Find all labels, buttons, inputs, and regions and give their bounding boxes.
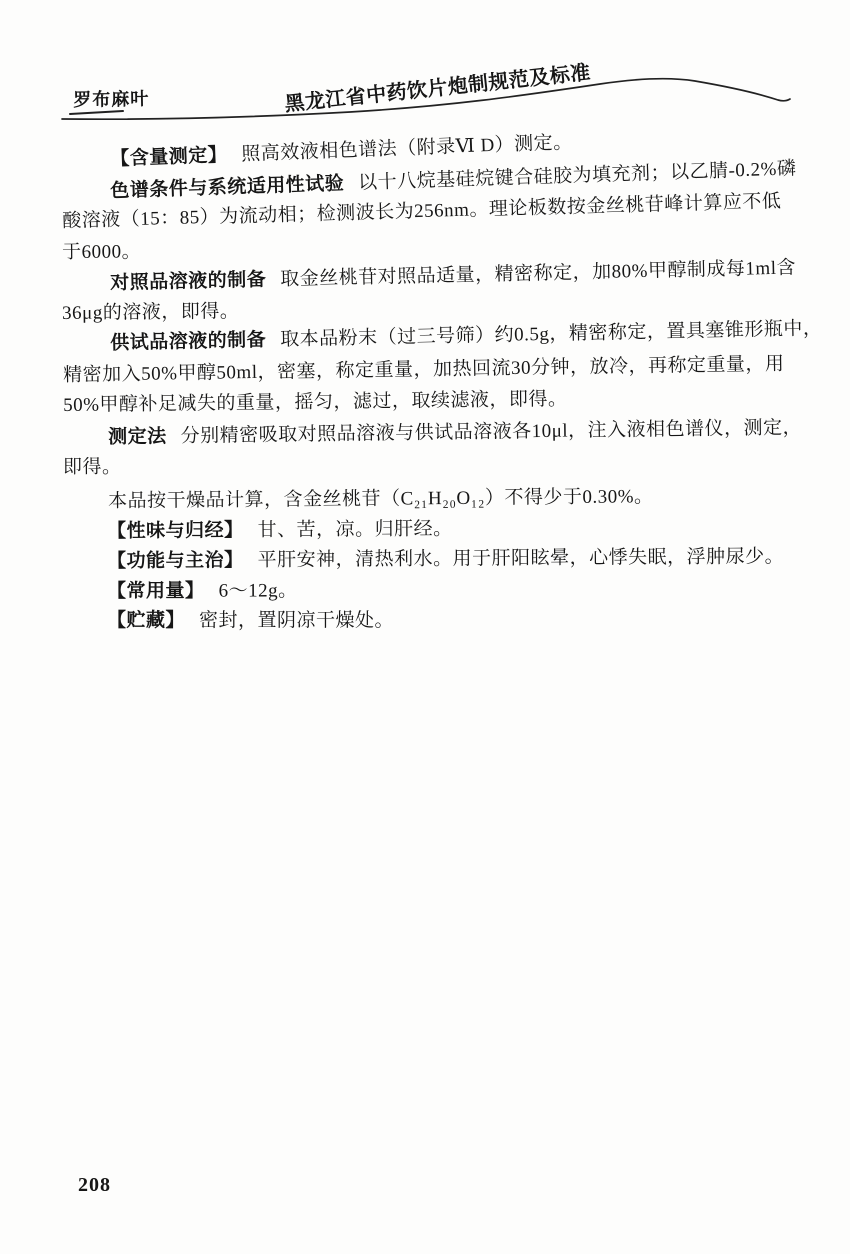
text-line: 【常用量】6～12g。 xyxy=(107,580,298,603)
line-label: 【常用量】 xyxy=(107,581,205,602)
line-label: 对照品溶液的制备 xyxy=(110,269,266,294)
text-line: 【性味与归经】甘、苦，凉。归肝经。 xyxy=(107,519,453,543)
line-text: 精密加入50%甲醇50ml，密塞，称定重量，加热回流30分钟，放冷，再称定重量，… xyxy=(63,354,785,386)
line-text: 6～12g。 xyxy=(219,580,298,601)
text-line: 【功能与主治】平肝安神，清热利水。用于肝阳眩晕，心悸失眠，浮肿尿少。 xyxy=(107,546,784,573)
line-text: 于6000。 xyxy=(62,241,141,263)
text-line: 即得。 xyxy=(63,457,122,479)
line-label: 【性味与归经】 xyxy=(107,520,244,542)
line-text: 50%甲醇补足减失的重量，摇匀，滤过，取续滤液，即得。 xyxy=(63,389,568,416)
scanned-page: 罗布麻叶 黑龙江省中药饮片炮制规范及标准 【含量测定】照高效液相色谱法（附录Ⅵ … xyxy=(0,0,850,1254)
book-title: 黑龙江省中药饮片炮制规范及标准 xyxy=(283,56,592,117)
line-text: 即得。 xyxy=(63,457,122,478)
line-label: 测定法 xyxy=(108,426,167,448)
line-text: 密封，置阴凉干燥处。 xyxy=(199,610,394,631)
text-line: 于6000。 xyxy=(62,241,141,264)
page-number: 208 xyxy=(78,1174,111,1197)
line-label: 【贮藏】 xyxy=(107,610,185,631)
text-line: 【贮藏】密封，置阴凉干燥处。 xyxy=(107,610,394,632)
text-line: 36μg的溶液，即得。 xyxy=(62,301,239,325)
text-line: 【含量测定】照高效液相色谱法（附录Ⅵ D）测定。 xyxy=(110,132,573,171)
line-text: 36μg的溶液，即得。 xyxy=(62,301,239,324)
line-text: 取本品粉末（过三号筛）约0.5g，精密称定，置具塞锥形瓶中， xyxy=(280,318,823,350)
line-label: 【含量测定】 xyxy=(110,145,228,170)
text-line: 供试品溶液的制备取本品粉末（过三号筛）约0.5g，精密称定，置具塞锥形瓶中， xyxy=(110,318,823,355)
line-text: 本品按干燥品计算，含金丝桃苷（C₂₁H₂₀O₁₂）不得少于0.30%。 xyxy=(108,486,654,512)
text-line: 本品按干燥品计算，含金丝桃苷（C₂₁H₂₀O₁₂）不得少于0.30%。 xyxy=(108,486,654,513)
line-text: 照高效液相色谱法（附录Ⅵ D）测定。 xyxy=(241,132,573,165)
line-text: 分别精密吸取对照品溶液与供试品溶液各10μl，注入液相色谱仪，测定， xyxy=(181,417,803,447)
entry-title: 罗布麻叶 xyxy=(73,85,149,112)
line-text: 平肝安神，清热利水。用于肝阳眩晕，心悸失眠，浮肿尿少。 xyxy=(258,546,785,571)
text-line: 测定法分别精密吸取对照品溶液与供试品溶液各10μl，注入液相色谱仪，测定， xyxy=(108,417,802,449)
text-line: 50%甲醇补足减失的重量，摇匀，滤过，取续滤液，即得。 xyxy=(63,389,568,417)
text-line: 对照品溶液的制备取金丝桃苷对照品适量，精密称定，加80%甲醇制成每1ml含 xyxy=(110,257,796,295)
line-text: 以十八烷基硅烷键合硅胶为填充剂；以乙腈-0.2%磷 xyxy=(358,158,797,194)
line-label: 供试品溶液的制备 xyxy=(110,330,266,354)
text-line: 精密加入50%甲醇50ml，密塞，称定重量，加热回流30分钟，放冷，再称定重量，… xyxy=(63,354,785,387)
line-label: 色谱条件与系统适用性试验 xyxy=(110,173,345,202)
line-label: 【功能与主治】 xyxy=(107,550,244,572)
line-text: 甘、苦，凉。归肝经。 xyxy=(258,519,453,541)
line-text: 取金丝桃苷对照品适量，精密称定，加80%甲醇制成每1ml含 xyxy=(280,257,796,290)
